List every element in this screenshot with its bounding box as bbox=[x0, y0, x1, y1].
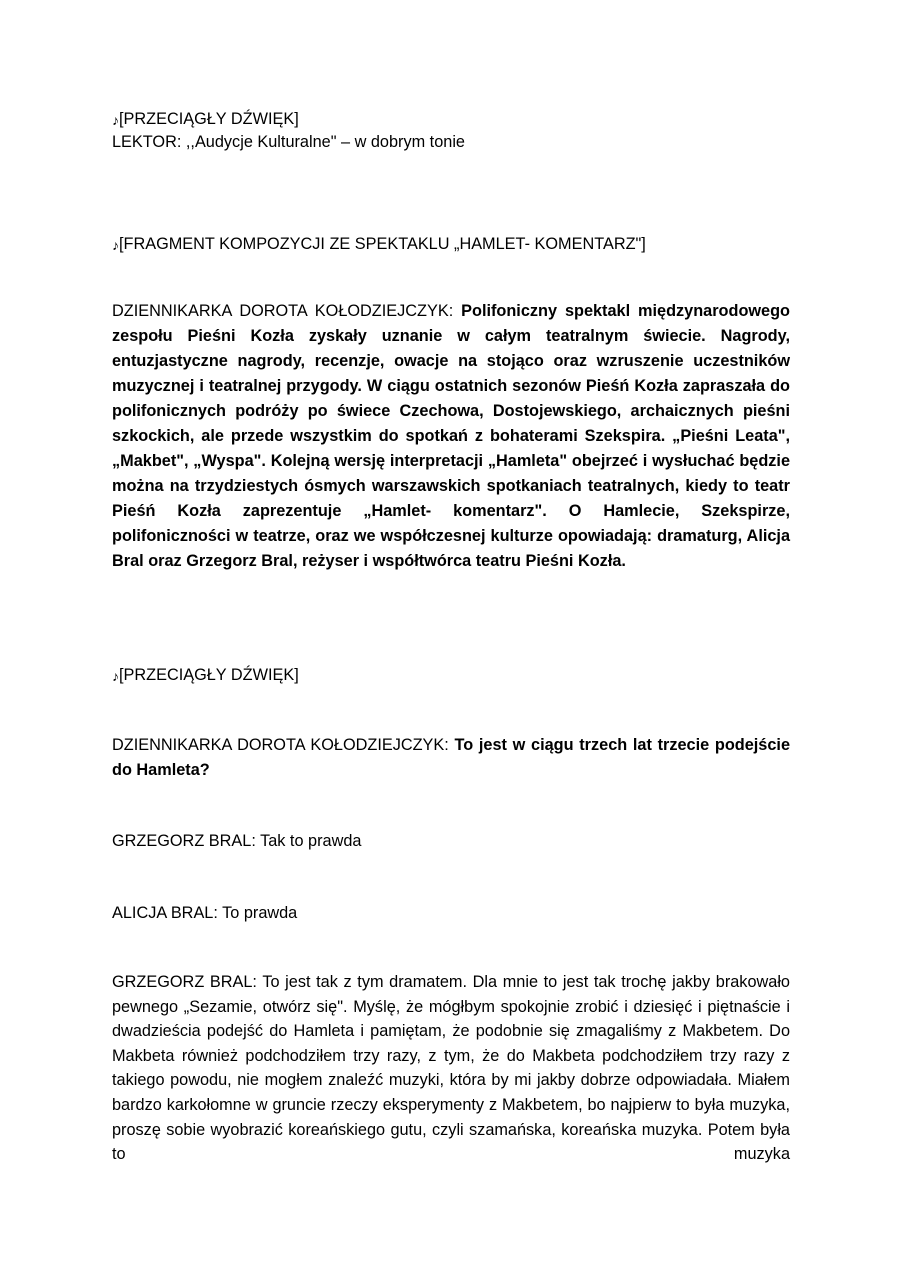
answer-text: To jest tak z tym dramatem. Dla mnie to … bbox=[112, 973, 790, 1163]
answer-3-paragraph: GRZEGORZ BRAL: To jest tak z tym dramate… bbox=[112, 970, 790, 1167]
speaker-label: GRZEGORZ BRAL: bbox=[112, 973, 257, 991]
speaker-label: DZIENNIKARKA DOROTA KOŁODZIEJCZYK: bbox=[112, 302, 461, 320]
answer-1: GRZEGORZ BRAL: Tak to prawda bbox=[112, 830, 361, 852]
speaker-label: DZIENNIKARKA DOROTA KOŁODZIEJCZYK: bbox=[112, 736, 455, 754]
fragment-cue-text: [FRAGMENT KOMPOZYCJI ZE SPEKTAKLU „HAMLE… bbox=[119, 235, 646, 253]
lektor-line: LEKTOR: ,,Audycje Kulturalne" – w dobrym… bbox=[112, 131, 465, 153]
speaker-label: LEKTOR: bbox=[112, 133, 181, 151]
answer-text: Tak to prawda bbox=[256, 832, 362, 850]
answer-2: ALICJA BRAL: To prawda bbox=[112, 902, 297, 924]
speaker-label: GRZEGORZ BRAL: bbox=[112, 832, 256, 850]
answer-text: To prawda bbox=[218, 904, 297, 922]
document-page: ♪[PRZECIĄGŁY DŹWIĘK] LEKTOR: ,,Audycje K… bbox=[0, 0, 900, 1273]
intro-paragraph: DZIENNIKARKA DOROTA KOŁODZIEJCZYK: Polif… bbox=[112, 299, 790, 574]
lektor-text: ,,Audycje Kulturalne" – w dobrym tonie bbox=[181, 133, 465, 151]
music-note-icon: ♪ bbox=[112, 109, 119, 131]
speaker-label: ALICJA BRAL: bbox=[112, 904, 218, 922]
fragment-cue: ♪[FRAGMENT KOMPOZYCJI ZE SPEKTAKLU „HAML… bbox=[112, 233, 646, 255]
music-note-icon: ♪ bbox=[112, 234, 119, 256]
sound-cue-text: [PRZECIĄGŁY DŹWIĘK] bbox=[119, 110, 299, 128]
sound-cue-text: [PRZECIĄGŁY DŹWIĘK] bbox=[119, 666, 299, 684]
sound-cue-1: ♪[PRZECIĄGŁY DŹWIĘK] bbox=[112, 108, 299, 130]
music-note-icon: ♪ bbox=[112, 665, 119, 687]
sound-cue-2: ♪[PRZECIĄGŁY DŹWIĘK] bbox=[112, 664, 299, 686]
intro-text: Polifoniczny spektakl międzynarodowego z… bbox=[112, 302, 790, 570]
question-paragraph: DZIENNIKARKA DOROTA KOŁODZIEJCZYK: To je… bbox=[112, 733, 790, 783]
